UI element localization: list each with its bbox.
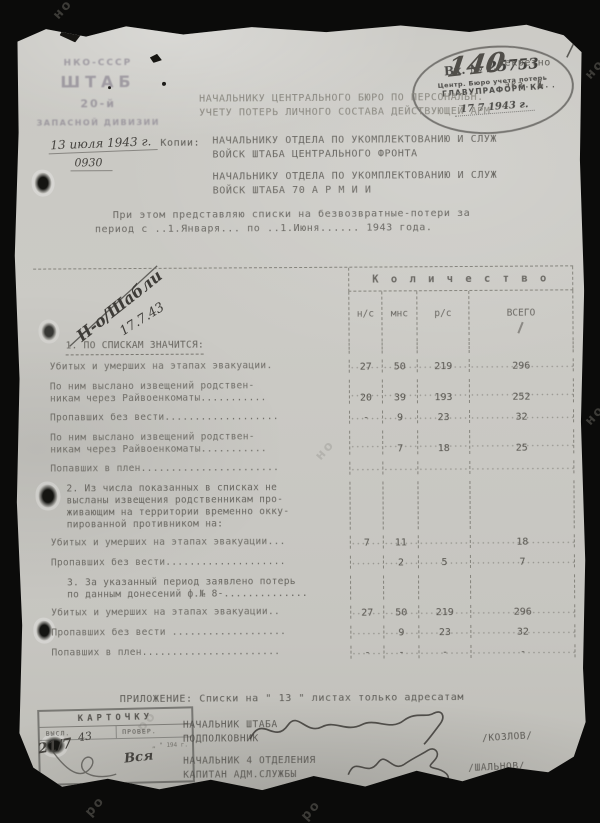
table-value-cell (382, 481, 417, 529)
table-value-cell: 32 (469, 409, 574, 423)
signer2-rank: КАПИТАН АДМ.СЛУЖБЫ (183, 769, 297, 781)
signer1-name: /КОЗЛОВ/ (482, 730, 533, 744)
table-row: Попавших в плен....................... (34, 460, 574, 476)
table-quantity-header: К о л и ч е с т в о (348, 266, 573, 291)
copy-recipient-line: НАЧАЛЬНИКУ ОТДЕЛА ПО УКОМПЛЕКТОВАНИЮ И С… (212, 134, 497, 147)
copy-recipient-line: ВОЙСК ШТАБА ЦЕНТРАЛЬНОГО ФРОНТА (212, 148, 417, 160)
table-value-cell (417, 481, 469, 529)
table-value-cell (350, 625, 383, 638)
table-value-cell: 32 (470, 624, 575, 638)
column-header-ns: н/с (348, 292, 381, 336)
table-row-label: Пропавших без вести................... (34, 411, 349, 426)
signer2-name: /ШАЛЬНОВ/ (468, 761, 525, 774)
table-row-label: По ним выслано извещений родствен-никам … (34, 380, 349, 406)
table-row-label: 2. Из числа показанных в списках невысла… (34, 482, 349, 532)
handwritten-received-date: 13 июля 1943 г. (48, 134, 158, 154)
table-section-row: 3. За указанный период заявлено потерьпо… (35, 574, 575, 601)
table-value-cell (469, 480, 574, 529)
table-row: Убитых и умерших на этапах эвакуации.275… (34, 358, 574, 374)
unit-stamp-line: ШТАБ (28, 72, 168, 92)
signature-shalnov (342, 744, 482, 789)
table-value-cell: 219 (418, 605, 470, 618)
table-value-cell: 39 (382, 379, 417, 403)
table-value-cell: - (350, 645, 383, 658)
table-value-cell: 9 (382, 410, 417, 423)
table-value-cell: - (349, 410, 382, 423)
watermark: но (50, 0, 76, 23)
table-value-cell: 23 (417, 410, 469, 423)
table-value-cell: 23 (418, 625, 470, 638)
recipient-line: НАЧАЛЬНИКУ ЦЕНТРАЛЬНОГО БЮРО ПО ПЕРСОНАЛ… (199, 92, 484, 105)
copy-recipient-line: ВОЙСК ШТАБА 70 А Р М И И (213, 185, 372, 197)
table-value-cell: 50 (382, 359, 417, 372)
table-value-cell: 11 (383, 535, 418, 548)
table-row: Пропавших без вести....................2… (35, 554, 575, 570)
table-label-spacer (33, 268, 348, 294)
table-value-cell (349, 461, 382, 474)
table-value-cell: 9 (383, 625, 418, 638)
copy-number-label: экз. №.. (504, 79, 557, 90)
paper-tear (60, 24, 88, 42)
table-value-cell (350, 555, 383, 568)
column-header-rs: р/с (416, 291, 468, 335)
table-row-label: Попавших в плен....................... (34, 462, 349, 477)
table-value-cell (418, 575, 470, 599)
table-value-cell: 27 (350, 605, 383, 618)
table-value-cell: 252 (469, 378, 574, 403)
body-paragraph-line: При этом представляю списки на безвозвра… (113, 208, 471, 221)
table-quantity-header-row: К о л и ч е с т в о (33, 266, 573, 293)
pen-checkmark (564, 29, 588, 63)
attachment-line: ПРИЛОЖЕНИЕ: Списки на " 13 " листах толь… (120, 692, 464, 705)
punch-hole (35, 173, 52, 194)
table-value-cell: 5 (418, 555, 470, 568)
table-value-cell: 2 (383, 555, 418, 568)
table-value-cell: 20 (349, 379, 382, 403)
signer2-title: НАЧАЛЬНИК 4 ОТДЕЛЕНИЯ (183, 755, 316, 767)
table-value-cell (383, 575, 418, 599)
table-row-label: 3. За указанный период заявлено потерьпо… (35, 576, 350, 602)
table-row-label: Пропавших без вести ................... (35, 626, 350, 641)
table-value-cell: 296 (469, 358, 574, 372)
table-value-cell (470, 574, 575, 599)
table-row-label: Убитых и умерших на этапах эвакуации. (34, 360, 349, 375)
table-value-cell: 7 (350, 535, 383, 548)
unit-stamp: НКО-СССР ШТАБ 20-й ЗАПАСНОЙ ДИВИЗИИ (28, 58, 168, 128)
table-row: Убитых и умерших на этапах эвакуации..27… (35, 604, 575, 620)
table-value-cell (418, 535, 470, 548)
table-row: Пропавших без вести ...................9… (35, 624, 575, 640)
table-label-spacer (33, 292, 348, 338)
table-value-cell (349, 339, 382, 354)
table-row: По ним выслано извещений родствен-никам … (34, 378, 574, 405)
table-value-cell (382, 461, 417, 474)
table-value-cell: 219 (417, 359, 469, 372)
table-value-cell: - (470, 644, 575, 658)
table-row: Пропавших без вести...................-9… (34, 409, 574, 425)
handwritten-received-time: 0930 (70, 156, 112, 171)
losses-table: К о л и ч е с т в о н/с мнс р/с ВСЕГО 1.… (33, 265, 575, 667)
table-row-label: Убитых и умерших на этапах эвакуации.. (35, 606, 350, 621)
copies-label: Копии: (160, 138, 200, 149)
table-value-cell (349, 430, 382, 454)
table-value-cell: 25 (469, 429, 574, 454)
table-value-cell: 193 (417, 379, 469, 403)
table-section-row: 2. Из числа показанных в списках невысла… (34, 480, 574, 531)
table-value-cell (350, 575, 383, 599)
table-value-cell: 27 (349, 360, 382, 373)
table-value-cell (469, 460, 574, 474)
table-row: Убитых и умерших на этапах эвакуации...7… (35, 534, 575, 550)
unit-stamp-line: ЗАПАСНОЙ ДИВИЗИИ (28, 118, 168, 128)
table-value-cell: 18 (470, 534, 575, 548)
table-row-label: 1. ПО СПИСКАМ ЗНАЧИТСЯ: (34, 339, 349, 356)
table-value-cell: 50 (383, 605, 418, 618)
table-value-cell: 7 (382, 430, 417, 454)
paper-sheet: но ро НКО-СССР ШТАБ 20-й ЗАПАСНОЙ ДИВИЗИ… (12, 21, 589, 794)
table-row-label: По ним выслано извещений родствен-никам … (34, 431, 349, 457)
table-value-cell (417, 338, 469, 353)
table-row-label: Убитых и умерших на этапах эвакуации... (35, 536, 350, 551)
losses-table-rows: 1. ПО СПИСКАМ ЗНАЧИТСЯ:Убитых и умерших … (34, 337, 576, 660)
watermark: ро (298, 797, 324, 823)
body-paragraph-line: период с ..1.Января... по ..1.Июня......… (95, 222, 433, 235)
table-row: Попавших в плен.......................--… (35, 644, 575, 660)
table-section-row: 1. ПО СПИСКАМ ЗНАЧИТСЯ: (34, 337, 574, 355)
table-value-cell: - (418, 645, 470, 658)
table-value-cell: - (383, 645, 418, 658)
table-value-cell (349, 481, 382, 529)
column-header-mns: мнс (381, 291, 416, 335)
copy-recipient-line: НАЧАЛЬНИКУ ОТДЕЛА ПО УКОМПЛЕКТОВАНИЮ И С… (213, 170, 498, 183)
table-row-label: Пропавших без вести.................... (35, 556, 350, 571)
watermark: ро (82, 793, 108, 820)
pencil-scribble (46, 740, 156, 785)
table-value-cell: 7 (470, 554, 575, 568)
table-row-label: Попавших в плен....................... (35, 646, 350, 661)
classification-label: секретно (498, 57, 551, 68)
unit-stamp-line: 20-й (28, 97, 168, 111)
table-value-cell: 18 (417, 430, 469, 454)
document-scan: но но но ро ро но ро НКО-СССР ШТАБ 20-й … (0, 0, 600, 823)
table-column-header-row: н/с мнс р/с ВСЕГО (33, 290, 573, 337)
table-value-cell (382, 338, 417, 353)
watermark: но (582, 402, 600, 428)
table-value-cell: 296 (470, 604, 575, 618)
recipient-line: УЧЕТУ ПОТЕРЬ ЛИЧНОГО СОСТАВА ДЕЙСТВУЮЩЕЙ… (199, 106, 490, 119)
table-value-cell (469, 337, 574, 353)
table-row: По ним выслано извещений родствен-никам … (34, 429, 574, 456)
card-stamp-cell-checked: ПРОВЕР. (115, 724, 192, 738)
unit-stamp-line: НКО-СССР (28, 58, 168, 69)
table-value-cell (417, 461, 469, 474)
watermark: но (582, 56, 600, 82)
